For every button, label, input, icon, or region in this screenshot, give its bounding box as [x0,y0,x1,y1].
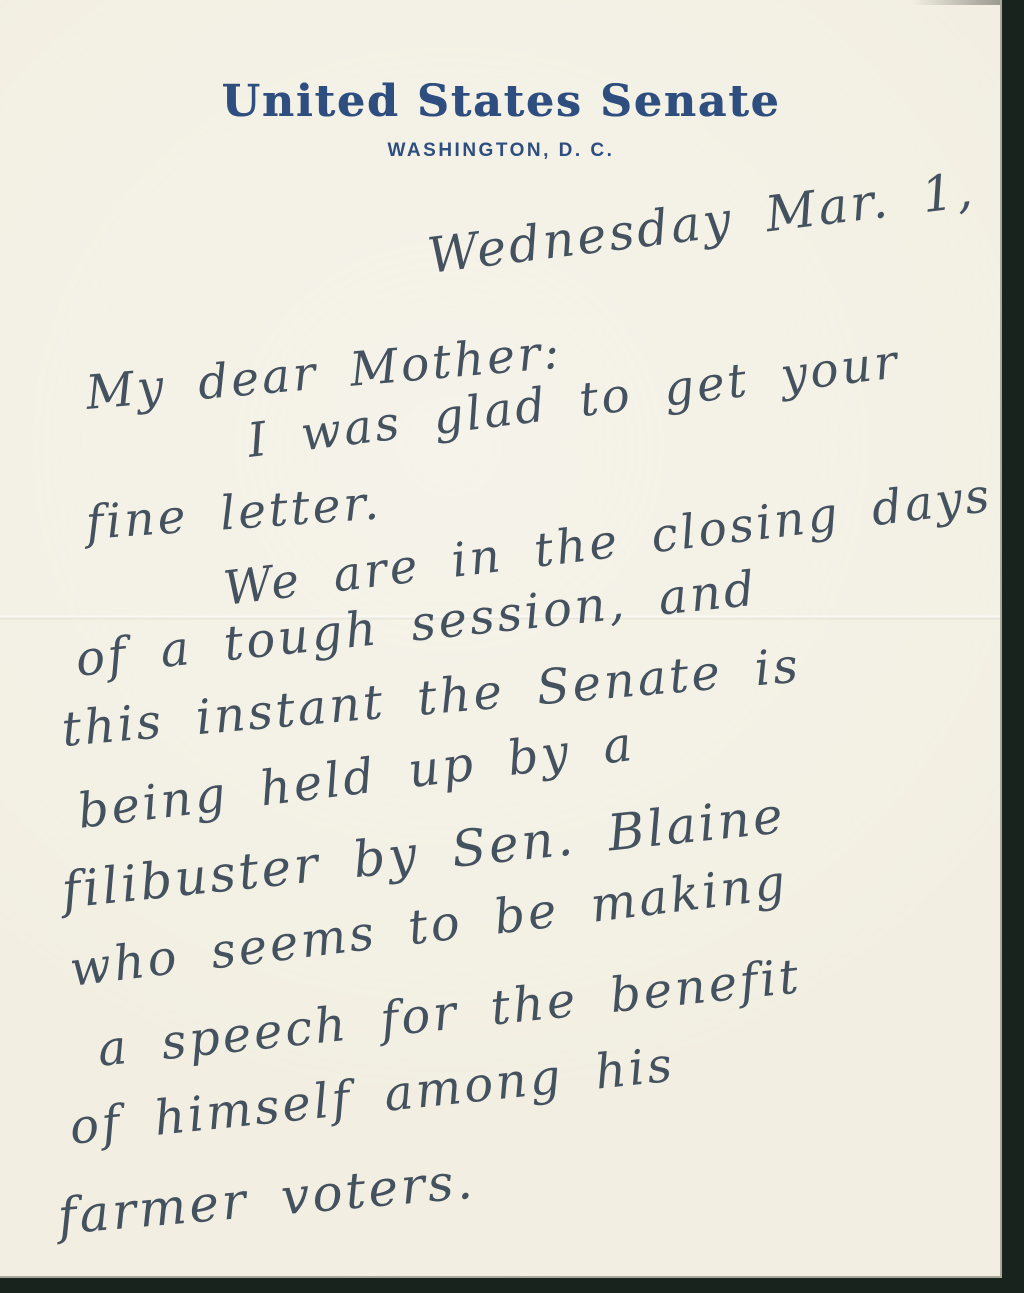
date-line: Wednesday Mar. 1, '33 [425,151,1002,281]
letter-paper: United States Senate WASHINGTON, D. C. W… [0,0,1002,1278]
paper-top-edge-shadow [912,0,1002,5]
handwritten-line: fine letter. [84,479,383,547]
letterhead-organization: United States Senate [0,78,1002,126]
handwritten-line: farmer voters. [56,1156,477,1242]
letterhead-location: WASHINGTON, D. C. [0,140,1002,162]
letterhead: United States Senate WASHINGTON, D. C. [0,78,1002,162]
scan-background: United States Senate WASHINGTON, D. C. W… [0,0,1024,1293]
